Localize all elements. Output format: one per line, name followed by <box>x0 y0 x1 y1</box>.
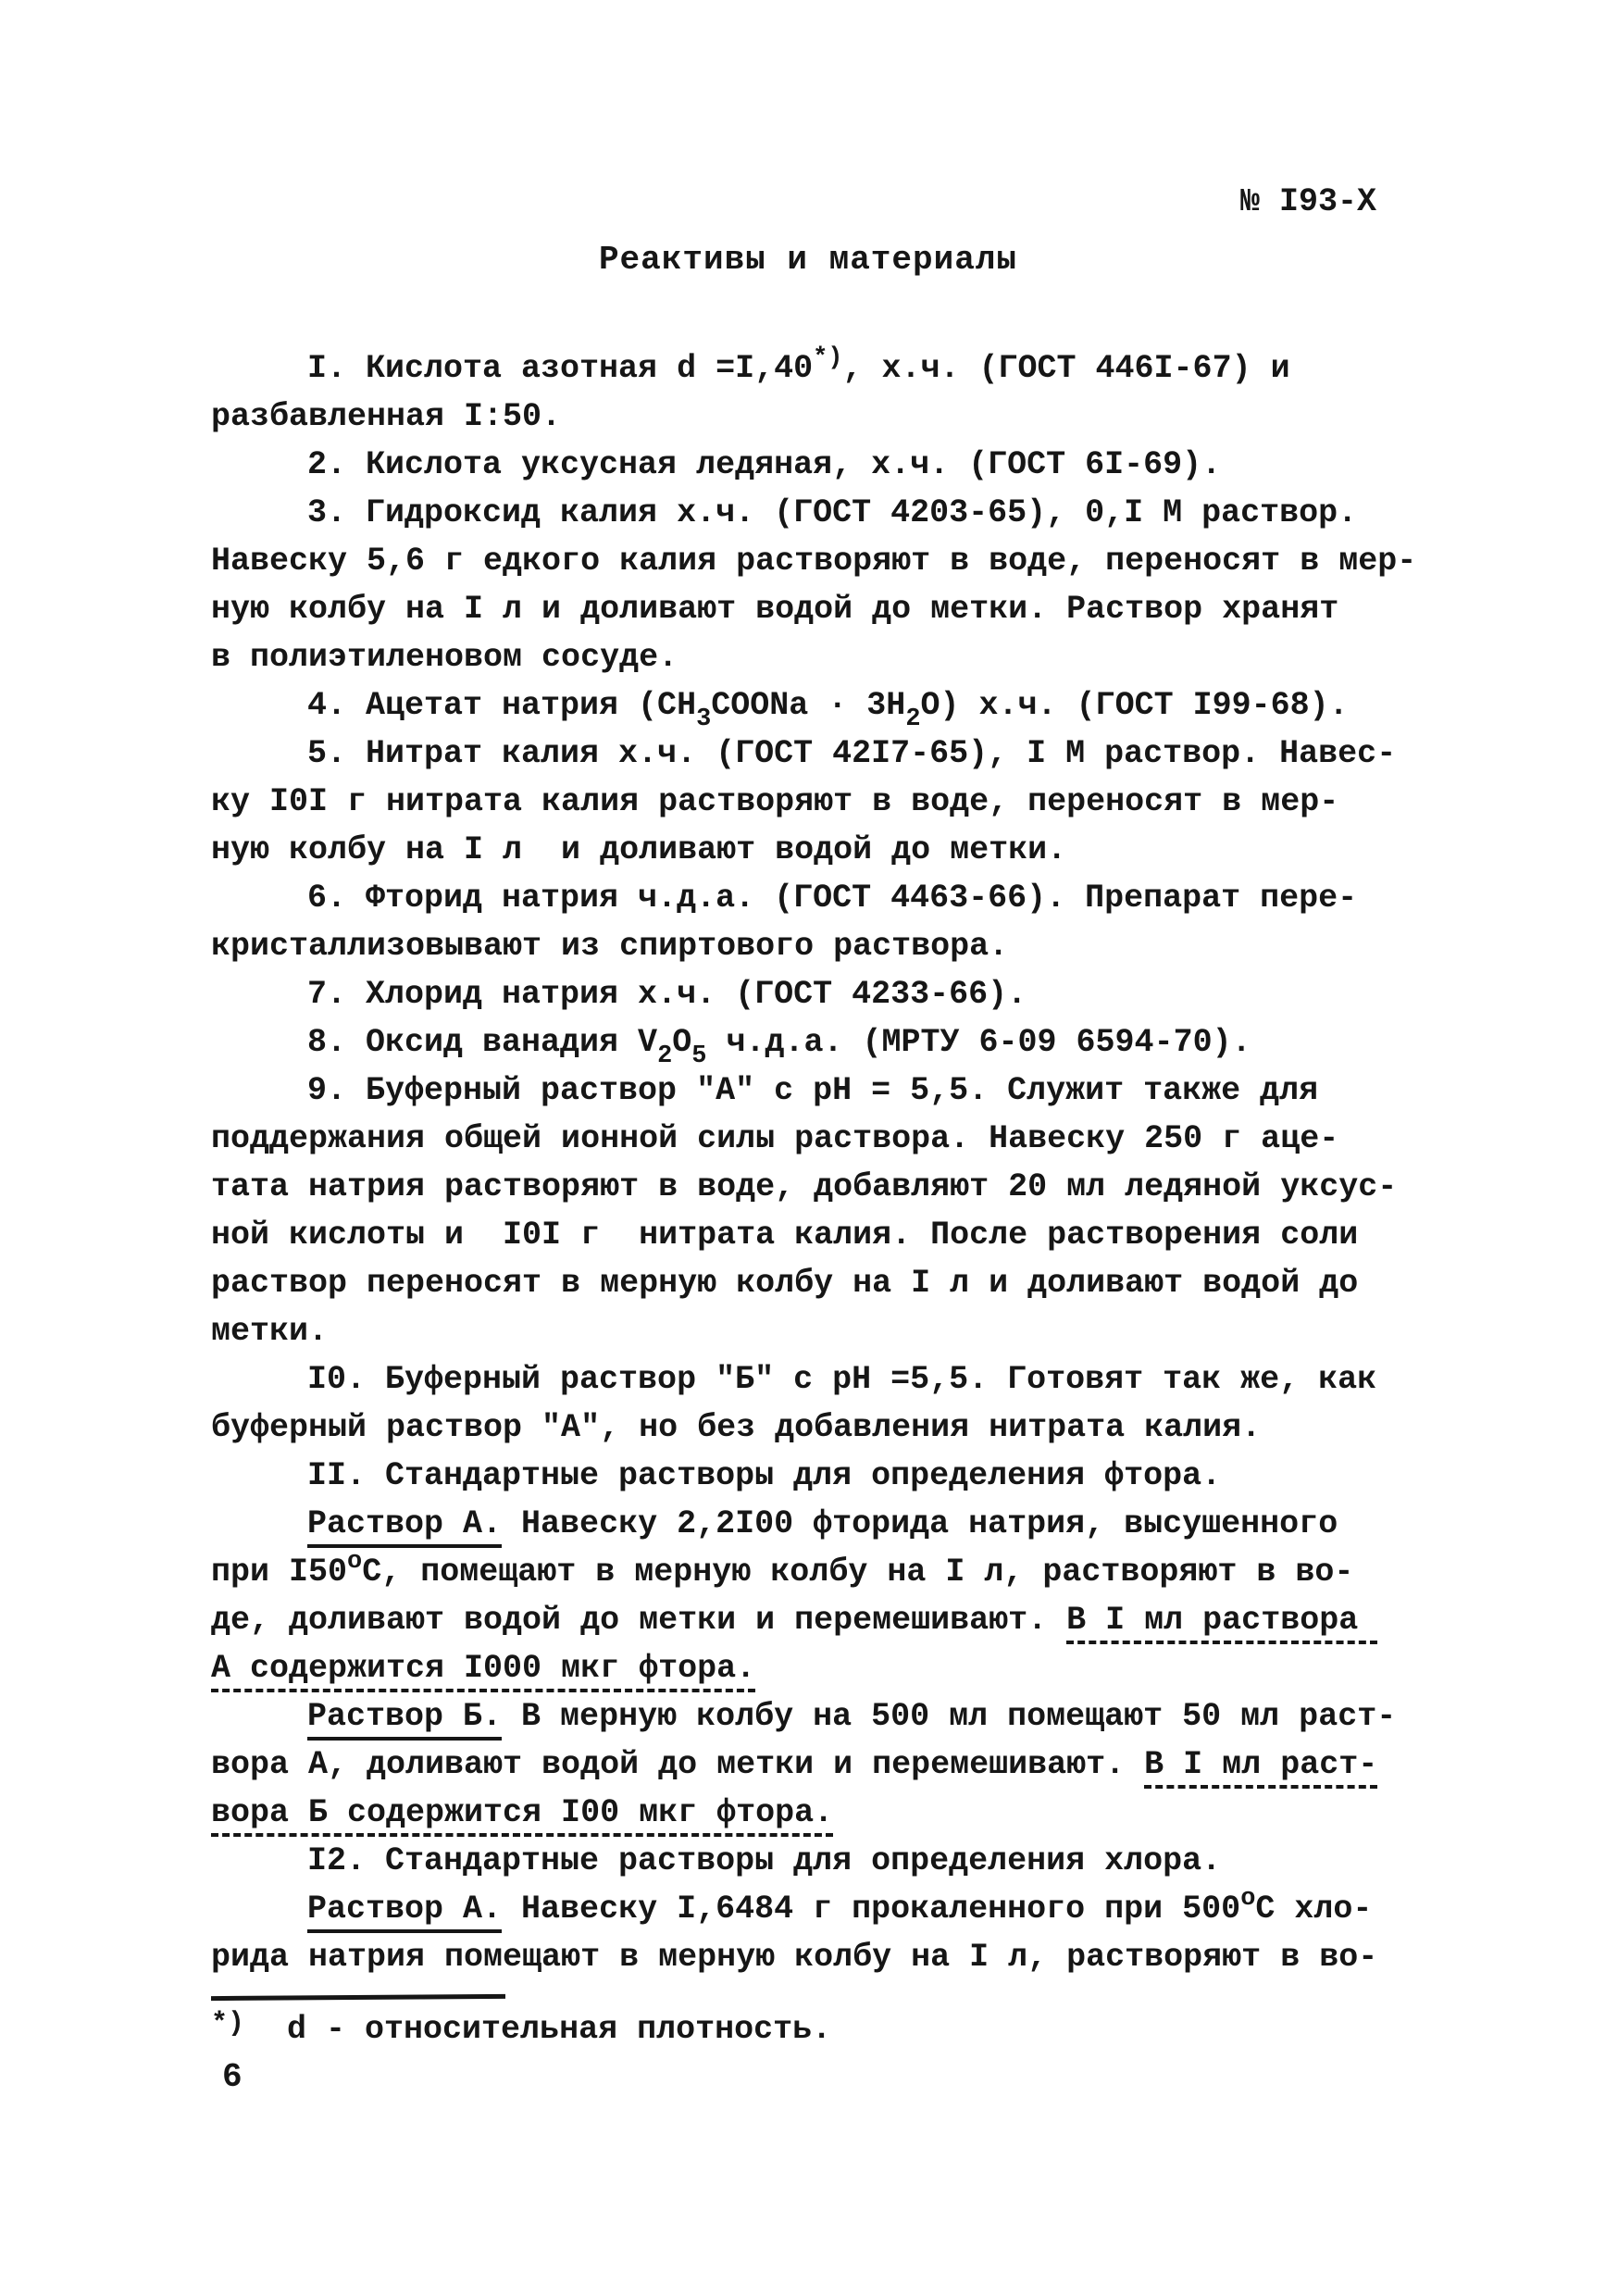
text-segment: 7. Хлорид натрия х.ч. (ГОСТ 4233-66). <box>307 976 1027 1013</box>
document-number: № I93-Х <box>1240 183 1376 220</box>
text-line: тата натрия растворяют в воде, добавляют… <box>211 1163 1470 1211</box>
text-line: I0. Буферный раствор "Б" с рН =5,5. Гото… <box>211 1355 1470 1404</box>
text-segment: буферный раствор "А", но без добавления … <box>211 1409 1261 1446</box>
text-segment: O) х.ч. (ГОСТ I99-68). <box>921 687 1349 724</box>
text-line: вора А, доливают водой до метки и переме… <box>211 1741 1470 1789</box>
text-line: разбавленная I:50. <box>211 393 1470 441</box>
text-line: II. Стандартные растворы для определения… <box>211 1452 1470 1500</box>
text-segment: кристаллизовывают из спиртового раствора… <box>211 928 1008 965</box>
subscript: 5 <box>691 1042 706 1070</box>
text-line: 8. Оксид ванадия V2O5 ч.д.а. (МРТУ 6-09 … <box>211 1018 1470 1067</box>
text-segment: 2. Кислота уксусная ледяная, х.ч. (ГОСТ … <box>307 446 1221 483</box>
text-segment: ной кислоты и I0I г нитрата калия. После… <box>211 1217 1358 1254</box>
text-line: рида натрия помещают в мерную колбу на I… <box>211 1933 1470 1981</box>
text-line: Навеску 5,6 г едкого калия растворяют в … <box>211 537 1470 585</box>
text-line: ной кислоты и I0I г нитрата калия. После… <box>211 1211 1470 1259</box>
text-segment: поддержания общей ионной силы раствора. … <box>211 1120 1338 1157</box>
text-line: 2. Кислота уксусная ледяная, х.ч. (ГОСТ … <box>211 441 1470 489</box>
text-line: Раствор Б. В мерную колбу на 500 мл поме… <box>211 1692 1470 1741</box>
text-segment: , х.ч. (ГОСТ 446I-67) и <box>843 350 1290 387</box>
text-segment: 8. Оксид ванадия V <box>307 1024 657 1061</box>
text-segment: 5. Нитрат калия х.ч. (ГОСТ 42I7-65), I М… <box>307 735 1396 772</box>
text-segment: в полиэтиленовом сосуде. <box>211 639 678 676</box>
text-segment: ку I0I г нитрата калия растворяют в воде… <box>211 783 1338 820</box>
text-segment: С, помещают в мерную колбу на I л, раств… <box>362 1554 1353 1591</box>
text-segment: тата натрия растворяют в воде, добавляют… <box>211 1168 1397 1205</box>
text-line: ку I0I г нитрата калия растворяют в воде… <box>211 778 1470 826</box>
text-segment: O <box>672 1024 691 1061</box>
underlined-text: В I мл раствора <box>1066 1602 1377 1644</box>
text-line: раствор переносят в мерную колбу на I л … <box>211 1259 1470 1307</box>
text-segment: Навеску I,6484 г прокаленного при 500 <box>502 1890 1240 1928</box>
superscript: о <box>1240 1885 1255 1913</box>
text-segment: I. Кислота азотная d =I,40 <box>307 350 813 387</box>
text-line: кристаллизовывают из спиртового раствора… <box>211 922 1470 970</box>
text-line: Раствор А. Навеску I,6484 г прокаленного… <box>211 1885 1470 1933</box>
text-line: 6. Фторид натрия ч.д.а. (ГОСТ 4463-66). … <box>211 874 1470 922</box>
text-segment: разбавленная I:50. <box>211 398 561 435</box>
text-line: А содержится I000 мкг фтора. <box>211 1644 1470 1692</box>
text-segment: де, доливают водой до метки и перемешива… <box>211 1602 1066 1639</box>
text-line: I. Кислота азотная d =I,40*), х.ч. (ГОСТ… <box>211 344 1470 393</box>
text-line: поддержания общей ионной силы раствора. … <box>211 1115 1470 1163</box>
document-page: № I93-Х Реактивы и материалы I. Кислота … <box>0 0 1618 2296</box>
text-segment: Навеску 5,6 г едкого калия растворяют в … <box>211 543 1416 580</box>
page-title: Реактивы и материалы <box>211 241 1405 279</box>
text-line: буферный раствор "А", но без добавления … <box>211 1404 1470 1452</box>
text-line: 9. Буферный раствор "А" с рН = 5,5. Служ… <box>211 1067 1470 1115</box>
document-body: I. Кислота азотная d =I,40*), х.ч. (ГОСТ… <box>211 344 1470 1981</box>
text-segment: вора А, доливают водой до метки и переме… <box>211 1746 1144 1783</box>
text-line: 5. Нитрат калия х.ч. (ГОСТ 42I7-65), I М… <box>211 730 1470 778</box>
text-segment: при I50 <box>211 1554 347 1591</box>
text-segment: 4. Ацетат натрия (CH <box>307 687 696 724</box>
text-segment: 6. Фторид натрия ч.д.а. (ГОСТ 4463-66). … <box>307 880 1357 917</box>
text-segment: раствор переносят в мерную колбу на I л … <box>211 1265 1358 1302</box>
footnote-marker: *) <box>211 2008 244 2040</box>
text-line: 3. Гидроксид калия х.ч. (ГОСТ 4203-65), … <box>211 489 1470 537</box>
underlined-text: вора Б содержится I00 мкг фтора. <box>211 1794 833 1837</box>
text-line: ную колбу на I л и доливают водой до мет… <box>211 826 1470 874</box>
footnote: *)d - относительная плотность. <box>211 2005 831 2055</box>
text-segment: 3. Гидроксид калия х.ч. (ГОСТ 4203-65), … <box>307 494 1357 531</box>
text-line: 7. Хлорид натрия х.ч. (ГОСТ 4233-66). <box>211 970 1470 1018</box>
underlined-text: Раствор А. <box>307 1890 502 1933</box>
text-segment: ную колбу на I л и доливают водой до мет… <box>211 831 1066 868</box>
subscript: 2 <box>905 705 920 733</box>
text-line: при I50оС, помещают в мерную колбу на I … <box>211 1548 1470 1596</box>
text-line: ную колбу на I л и доливают водой до мет… <box>211 585 1470 633</box>
text-line: вора Б содержится I00 мкг фтора. <box>211 1789 1470 1837</box>
footnote-text: d - относительная плотность. <box>287 2011 831 2048</box>
superscript: *) <box>813 344 842 372</box>
subscript: 3 <box>696 705 711 733</box>
text-segment: 9. Буферный раствор "А" с рН = 5,5. Служ… <box>307 1072 1318 1109</box>
text-segment: ч.д.а. (МРТУ 6-09 6594-70). <box>706 1024 1251 1061</box>
text-segment: В мерную колбу на 500 мл помещают 50 мл … <box>502 1698 1396 1735</box>
text-segment: ную колбу на I л и доливают водой до мет… <box>211 591 1338 628</box>
text-segment: I0. Буферный раствор "Б" с рН =5,5. Гото… <box>307 1361 1376 1398</box>
text-segment: Навеску 2,2I00 фторида натрия, высушенно… <box>502 1505 1338 1542</box>
underlined-text: Раствор А. <box>307 1505 502 1548</box>
text-line: метки. <box>211 1307 1470 1355</box>
text-line: де, доливают водой до метки и перемешива… <box>211 1596 1470 1644</box>
text-line: 4. Ацетат натрия (CH3COONa · 3H2O) х.ч. … <box>211 681 1470 730</box>
text-segment: рида натрия помещают в мерную колбу на I… <box>211 1939 1377 1976</box>
text-segment: С хло- <box>1255 1890 1372 1928</box>
underlined-text: Раствор Б. <box>307 1698 502 1741</box>
text-segment: метки. <box>211 1313 328 1350</box>
text-line: I2. Стандартные растворы для определения… <box>211 1837 1470 1885</box>
subscript: 2 <box>657 1042 672 1070</box>
text-line: в полиэтиленовом сосуде. <box>211 633 1470 681</box>
superscript: о <box>347 1548 362 1576</box>
underlined-text: В I мл раст- <box>1144 1746 1377 1789</box>
page-number: 6 <box>222 2053 243 2102</box>
text-segment: II. Стандартные растворы для определения… <box>307 1457 1221 1494</box>
footnote-separator <box>211 1994 505 2001</box>
text-line: Раствор А. Навеску 2,2I00 фторида натрия… <box>211 1500 1470 1548</box>
underlined-text: А содержится I000 мкг фтора. <box>211 1650 755 1692</box>
text-segment: COONa · 3H <box>711 687 905 724</box>
text-segment: I2. Стандартные растворы для определения… <box>307 1842 1221 1879</box>
